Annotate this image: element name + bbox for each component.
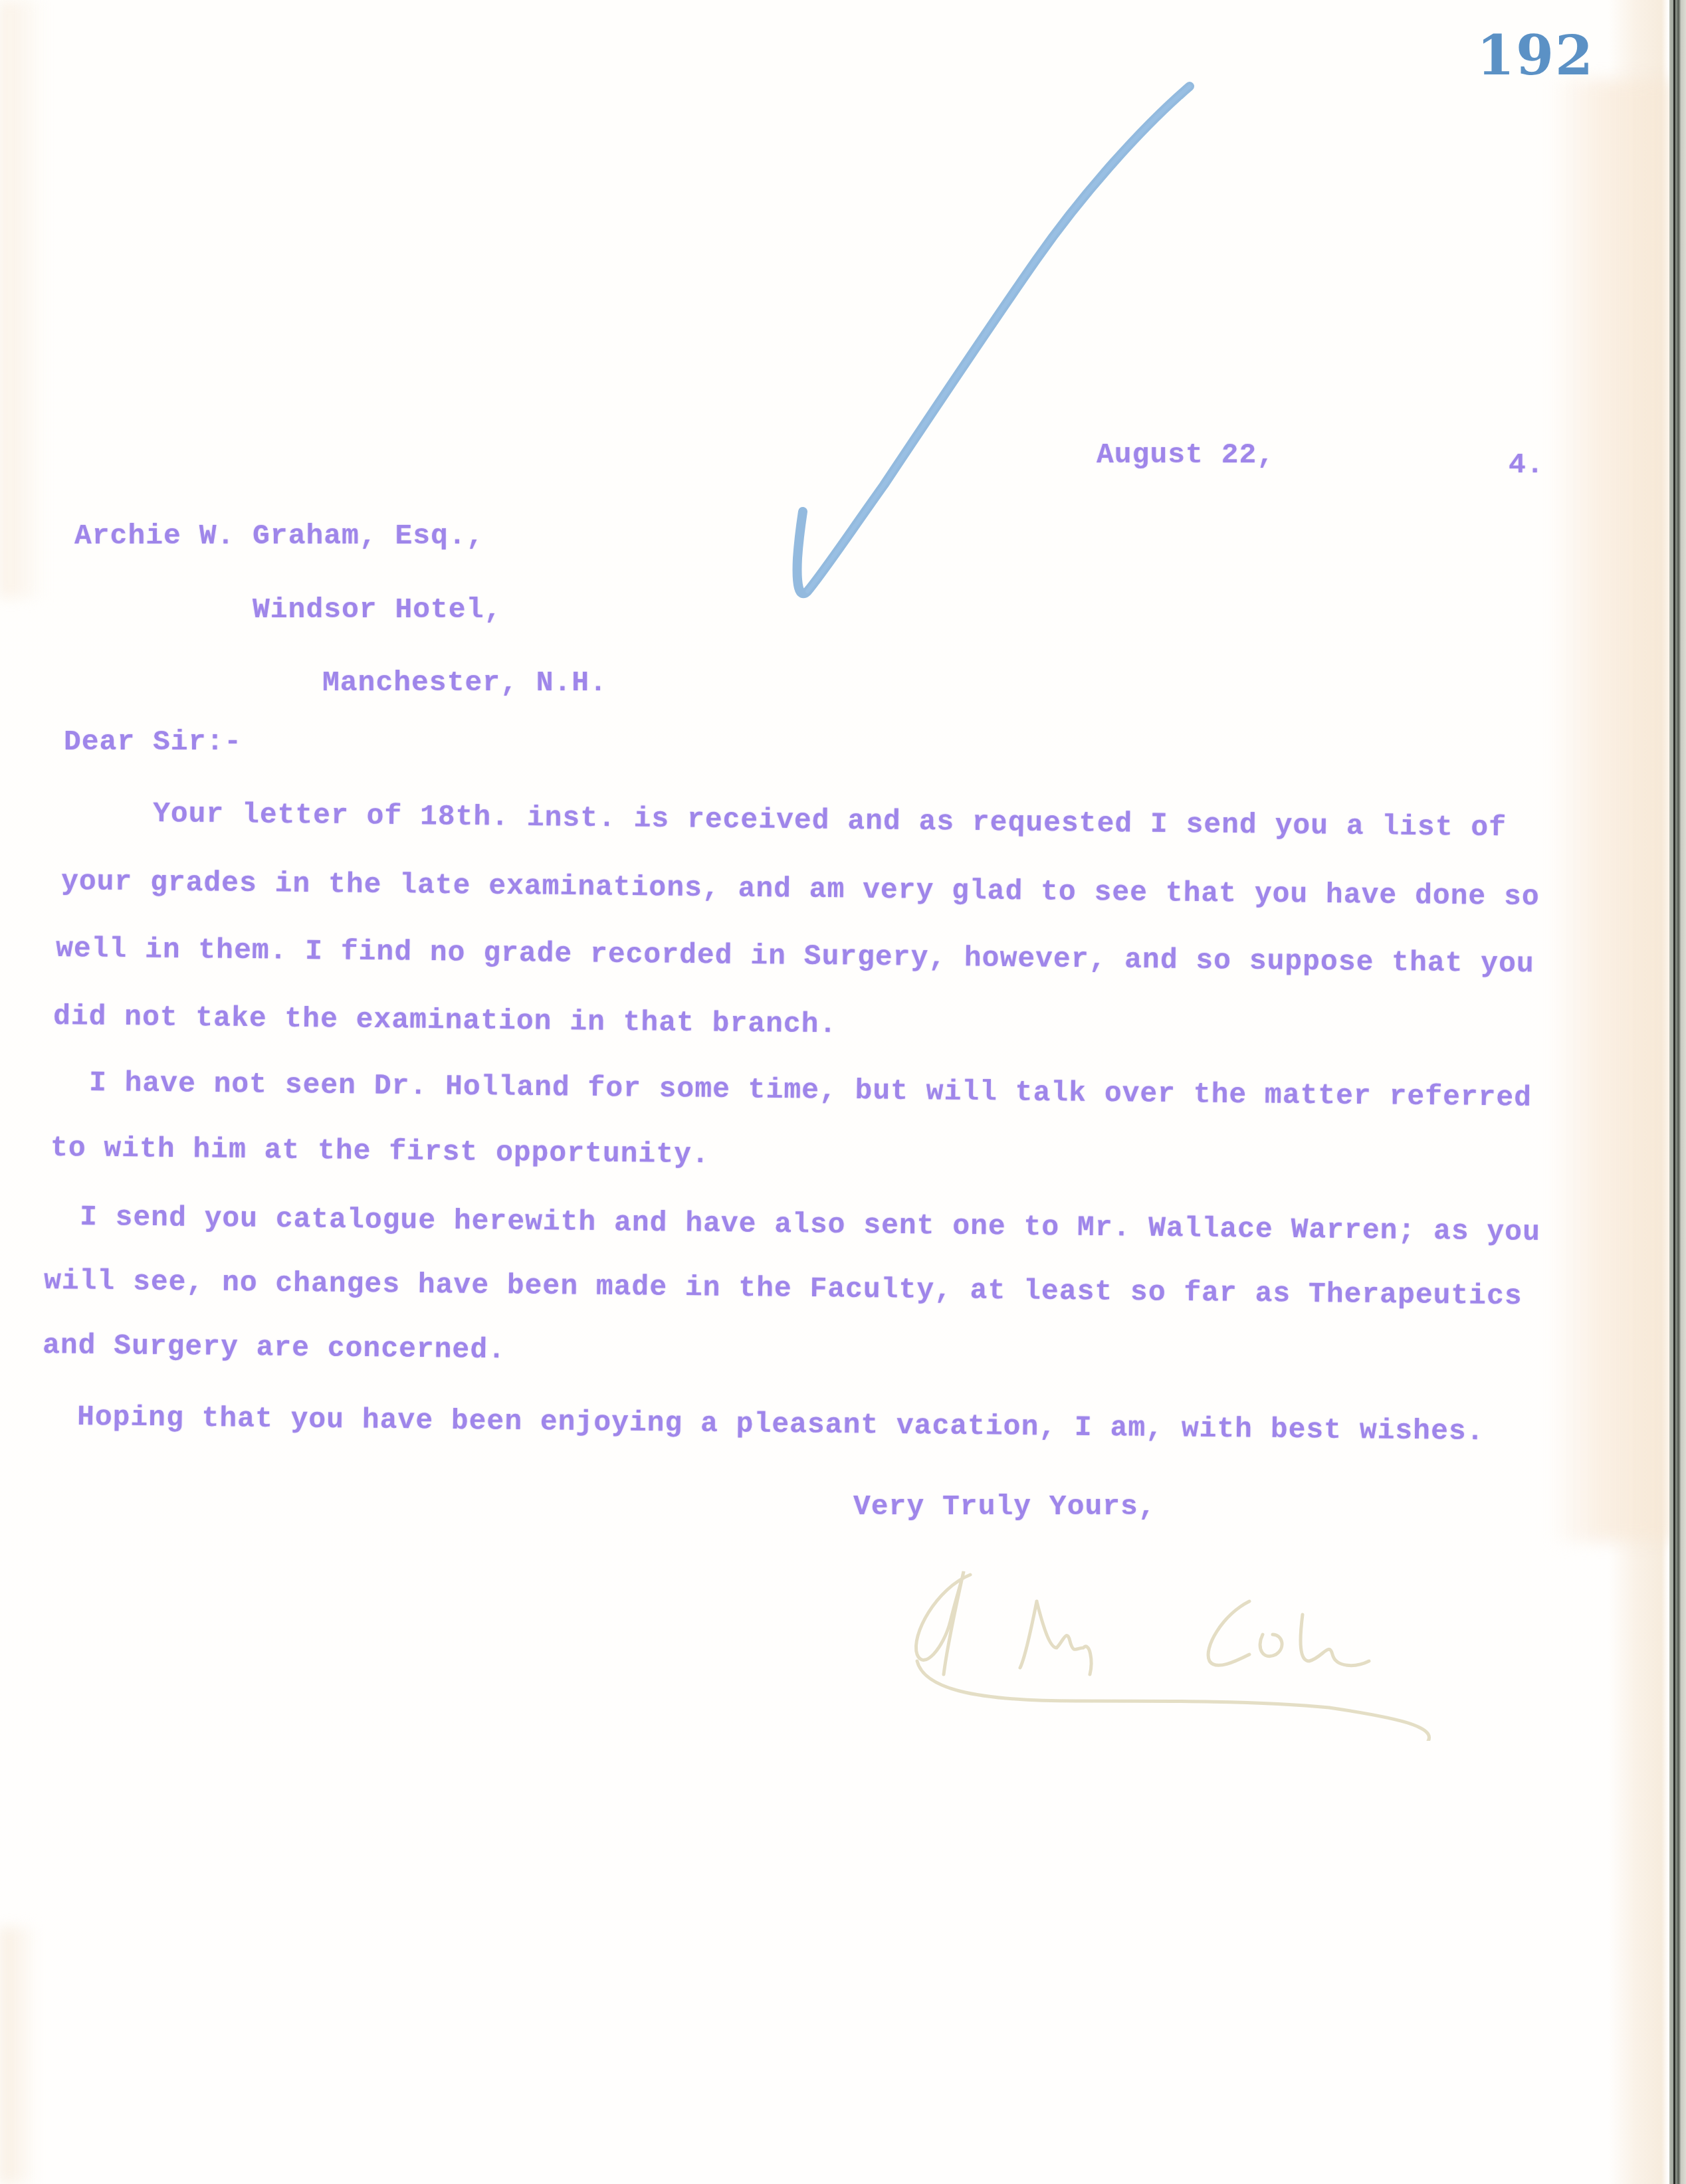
body-line: did not take the examination in that bra… <box>53 1000 837 1041</box>
body-line: to with him at the first opportunity. <box>51 1132 710 1171</box>
blue-pencil-check-icon <box>771 80 1210 605</box>
page-edge-binding <box>1669 0 1686 2184</box>
recipient-address-line-1: Windsor Hotel, <box>253 593 502 626</box>
body-line: well in them. I find no grade recorded i… <box>56 932 1534 980</box>
recipient-name: Archie W. Graham, Esq., <box>74 520 484 552</box>
salutation: Dear Sir:- <box>64 726 242 758</box>
paper-stain-right <box>1548 80 1675 1541</box>
body-line: I have not seen Dr. Holland for some tim… <box>89 1066 1532 1114</box>
body-line: and Surgery are concerned. <box>43 1329 506 1366</box>
page-edge-line <box>1673 0 1675 2184</box>
paper-stain-left-bottom <box>0 1927 40 2184</box>
signature-icon <box>891 1548 1475 1741</box>
paper-stain-left <box>0 0 47 598</box>
letter-date: August 22, <box>1097 439 1275 471</box>
letter-page: 192 August 22, 4. Archie W. Graham, Esq.… <box>0 0 1686 2184</box>
body-line: your grades in the late examinations, an… <box>61 865 1540 913</box>
body-line: Hoping that you have been enjoying a ple… <box>77 1401 1485 1448</box>
closing: Very Truly Yours, <box>853 1490 1156 1523</box>
folio-number-stamp: 192 <box>1477 24 1594 88</box>
body-line: Your letter of 18th. inst. is received a… <box>153 797 1507 844</box>
body-line: will see, no changes have been made in t… <box>44 1264 1523 1312</box>
body-line: I send you catalogue herewith and have a… <box>80 1201 1540 1248</box>
recipient-address-line-2: Manchester, N.H. <box>322 666 607 699</box>
letter-date-year: 4. <box>1509 448 1544 481</box>
